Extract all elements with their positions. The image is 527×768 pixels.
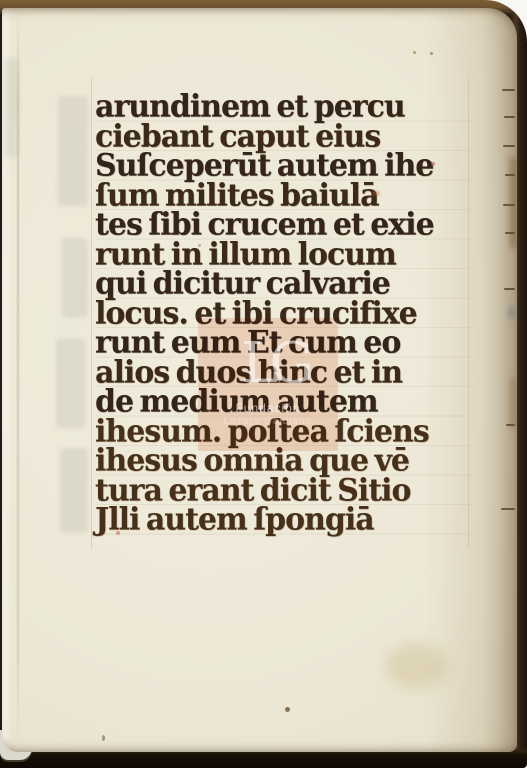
parchment-stain [385,643,447,689]
text-block: arundinem et percu ciebant caput eius Su… [95,92,470,535]
parchment-stain [413,51,416,54]
ruling-tick [501,508,515,510]
bleedthrough-mark [60,448,88,533]
bleedthrough-mark [58,96,88,206]
parchment-stain [285,707,290,712]
manuscript-line: tes ſibi crucem et exie [95,210,470,240]
ruling-tick [502,89,515,91]
manuscript-photo: arundinem et percu ciebant caput eius Su… [0,0,527,768]
bleedthrough-mark [56,338,86,428]
bleedthrough-mark [62,238,88,318]
gutter-stain [510,378,517,428]
ruling-tick [504,288,515,290]
manuscript-line: qui dicitur calvarie [95,269,470,299]
bleedthrough-mark [4,58,18,158]
manuscript-line: runt eum Et cum eo [95,328,470,358]
red-speck [372,191,380,196]
red-speck [116,531,120,535]
parchment-stain [198,244,201,247]
parchment-page: arundinem et percu ciebant caput eius Su… [2,8,517,752]
ruling-line-left [91,78,92,548]
manuscript-line: ihesus omnia que vē [95,446,470,476]
red-speck [431,162,435,166]
manuscript-line: Jlli autem ſpongiā [95,505,470,535]
manuscript-line: Suſceperūt autem ihe [95,151,470,181]
ruling-tick [503,145,515,147]
gutter-stain [510,158,517,248]
manuscript-line: arundinem et percu [95,92,470,122]
ruling-tick [504,116,515,118]
manuscript-line: de medium autem [95,387,470,417]
parchment-stain [430,52,433,55]
parchment-stain [102,735,105,741]
gutter-smudge [507,306,516,319]
